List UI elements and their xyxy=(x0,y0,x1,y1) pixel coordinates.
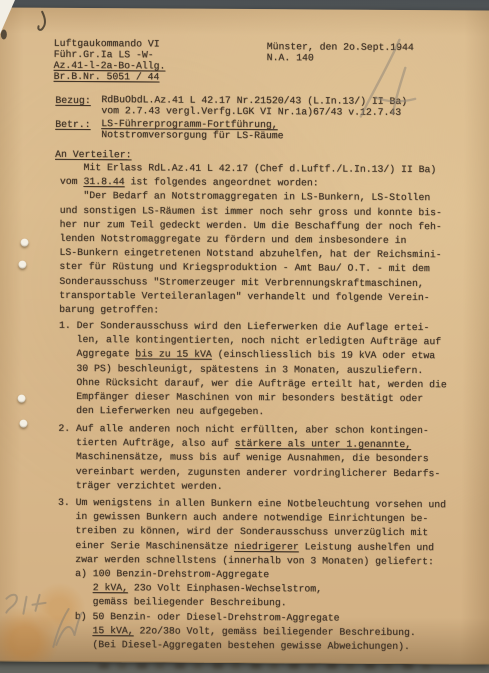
text-line: den Lieferwerken neu aufgegeben. xyxy=(58,404,446,421)
underlined-text: Az.41-l-2a-Bo-Allg. xyxy=(54,60,166,72)
text-segment: Luftgaukommando VI xyxy=(54,38,160,50)
text-segment: Maschinensätze, muss bis auf wenige Ausn… xyxy=(58,451,428,464)
text-segment: den Lieferwerken neu aufgegeben. xyxy=(59,405,265,417)
document-page: Luftgaukommando VIFühr.Gr.Ia LS -W-Az.41… xyxy=(0,7,489,664)
text-segment: in gewissen Bunkern auch andere notwendi… xyxy=(58,511,428,524)
text-segment: Leistung aushelfen und xyxy=(299,541,434,553)
text-segment: und sonstigen LS-Räumen ist immer noch s… xyxy=(60,204,442,217)
text-line: Br.B.Nr. 5051 / 44 xyxy=(54,72,166,84)
text-segment: ist folgendes angeordnet worden: xyxy=(125,176,319,188)
text-line: träger verzichtet werden. xyxy=(58,479,440,496)
list-item-3: 3. Um wenigstens in allen Bunkern eine N… xyxy=(57,496,446,655)
text-segment: treiben zu können, wird der Sonderaussch… xyxy=(58,525,428,538)
text-segment: barung getroffen: xyxy=(59,304,159,316)
text-segment: 22o/38o Volt, gemäss beiliegender Beschr… xyxy=(134,625,416,638)
text-segment: vereinbart werden, zugunsten anderer vor… xyxy=(58,465,440,478)
underlined-text: bis zu 15 kVA xyxy=(135,349,212,360)
text-segment: Notstromversorgung für LS-Räume xyxy=(101,129,283,141)
text-segment: 1. Der Sonderausschuss wird den Lieferwe… xyxy=(59,320,429,333)
place-date-block: Münster, den 2o.Sept.1944N.A. 140 xyxy=(267,42,414,65)
text-segment: (Bei Diesel-Aggregaten bestehen gewisse … xyxy=(57,639,410,652)
text-segment: gemäss beiliegender Beschreibung. xyxy=(57,596,286,608)
text-segment: b) 50 Benzin- oder Diesel-Drehstrom-Aggr… xyxy=(57,610,339,623)
underlined-text: 2 kVA, xyxy=(93,582,128,593)
text-segment: 23o Volt Einphasen-Wechselstrom, xyxy=(128,583,322,595)
underlined-text: niedrigerer xyxy=(234,541,299,552)
body-paragraph-1: Mit Erlass RdL.Az.41 L 42.17 (Chef d.Luf… xyxy=(59,161,442,320)
ink-hook-mark xyxy=(38,12,45,30)
text-segment: transportable Verteileranlagen" verhande… xyxy=(59,290,429,303)
betreff-subject-lines: LS-Führerprogramm-Fortführung,Notstromve… xyxy=(101,119,283,142)
list-item-2: 2. Auf alle anderen noch nicht erfüllten… xyxy=(58,422,441,495)
text-segment: Aggregate xyxy=(59,348,136,359)
text-line: N.A. 140 xyxy=(267,53,414,65)
text-segment: "Der Bedarf an Notstromaggregaten in LS-… xyxy=(60,190,430,203)
text-line: barung getroffen: xyxy=(59,303,441,320)
text-segment: 30 PS) beschleunigt, spätestens in 3 Mon… xyxy=(59,362,424,375)
underlined-text: Bezug: xyxy=(55,95,90,106)
text-segment: Führ.Gr.Ia LS -W- xyxy=(54,49,154,61)
text-segment xyxy=(57,582,92,593)
text-segment: träger verzichtet werden. xyxy=(58,480,223,492)
salutation-line: An Verteiler: xyxy=(55,149,132,160)
text-segment: Mit Erlass RdL.Az.41 L 42.17 (Chef d.Luf… xyxy=(60,162,436,175)
sender-address-block: Luftgaukommando VIFühr.Gr.Ia LS -W-Az.41… xyxy=(54,39,166,83)
text-segment: zwar werden schnellstens (innerhalb von … xyxy=(58,554,434,567)
underlined-text: Betr.: xyxy=(55,119,90,130)
bezug-label: Bezug: xyxy=(55,95,90,106)
text-segment: a) 100 Benzin-Drehstrom-Aggregate xyxy=(58,568,270,580)
text-segment: LS-Bunkern eingetretenen Notstand abzuhe… xyxy=(59,247,441,260)
punch-hole xyxy=(18,395,26,403)
punch-hole xyxy=(21,239,29,247)
text-line: vom 2.7.43 vergl.Verfg.LGK VI Nr.1a)67/4… xyxy=(101,106,407,119)
text-segment: tierten Aufträge, also auf xyxy=(58,437,234,449)
text-segment: ster für Rüstung und Kriegsproduktion - … xyxy=(59,261,429,274)
text-line: (Bei Diesel-Aggregaten bestehen gewisse … xyxy=(57,638,445,655)
text-segment xyxy=(57,625,92,636)
text-segment: vom xyxy=(60,176,84,187)
text-segment: (einschliesslich bis 19 kVA oder etwa xyxy=(212,349,435,361)
text-segment: 3. Um wenigstens in allen Bunkern eine N… xyxy=(58,497,446,510)
betreff-label: Betr.: xyxy=(55,119,90,130)
underlined-text: Br.B.Nr. 5051 / 44 xyxy=(54,71,160,83)
punch-hole xyxy=(18,261,26,269)
text-segment: einer Serie Maschinensätze xyxy=(58,539,234,551)
text-segment: len, alle kontingentierten, noch nicht e… xyxy=(59,334,441,347)
next-page-ghost-text xyxy=(88,663,430,669)
list-item-1: 1. Der Sonderausschuss wird den Lieferwe… xyxy=(58,319,447,421)
underlined-text: An Verteiler: xyxy=(55,149,132,160)
text-segment: N.A. 140 xyxy=(267,52,314,63)
text-segment: lenden Notstromaggregate zu fördern und … xyxy=(60,233,407,246)
underlined-text: 15 kVA, xyxy=(92,625,133,636)
text-segment: Ohne Rücksicht darauf, wer die Aufträge … xyxy=(59,377,447,390)
text-line: Notstromversorgung für LS-Räume xyxy=(101,130,283,142)
text-segment: Empfänger dieser Maschinen von mir beson… xyxy=(59,391,424,404)
text-segment: vom 2.7.43 vergl.Verfg.LGK VI Nr.1a)67/4… xyxy=(101,105,401,118)
ink-smudge xyxy=(1,29,7,39)
underlined-text: 31.8.44 xyxy=(83,176,124,187)
punch-hole xyxy=(19,420,27,428)
text-segment: 2. Auf alle anderen noch nicht erfüllten… xyxy=(58,423,428,436)
underlined-text: stärkere als unter 1.genannte, xyxy=(235,438,411,450)
scanned-document-view: Luftgaukommando VIFühr.Gr.Ia LS -W-Az.41… xyxy=(0,0,489,673)
bezug-reference-lines: RdBuObdL.Az.41 L 42.17 Nr.21520/43 (L.In… xyxy=(101,95,407,119)
text-segment: her nur zum Teil gedeckt werden. Um die … xyxy=(60,219,442,232)
text-segment: Sonderausschuss "Stromerzeuger mit Verbr… xyxy=(59,275,424,288)
